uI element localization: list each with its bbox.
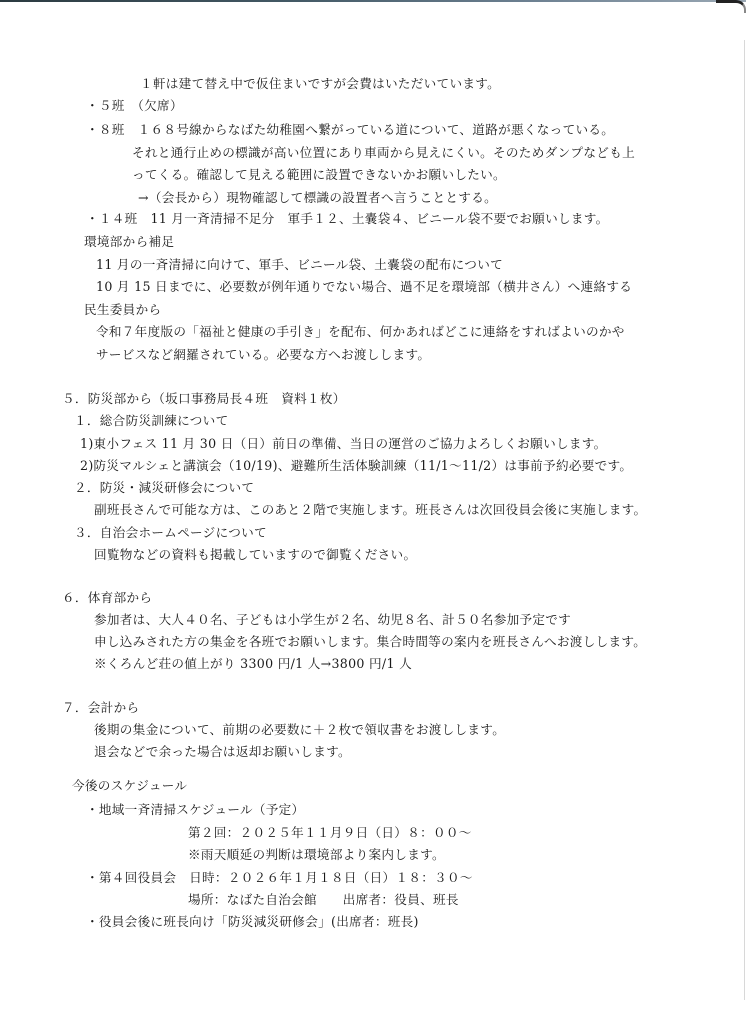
document-line: ・８班 １６８号線からなばた幼稚園へ繋がっている道について、道路が悪くなっている… xyxy=(86,122,614,138)
document-line: 退会などで余った場合は返却お願いします。 xyxy=(94,744,351,760)
document-line: それと通行止めの標識が高い位置にあり車両から見えにくい。そのためダンプなども上 xyxy=(132,145,635,161)
document-line: ７．会計から xyxy=(62,700,139,716)
document-line: サービスなど網羅されている。必要な方へお渡しします。 xyxy=(96,347,430,363)
document-line: ５．防災部から（坂口事務局長４班 資料１枚） xyxy=(62,391,346,407)
document-line: 1)東小フェス 11 月 30 日（日）前日の準備、当日の運営のご協力よろしくお… xyxy=(80,436,607,452)
scan-edge-top xyxy=(0,0,746,2)
document-line: 民生委員から xyxy=(84,302,161,318)
document-line: 11 月の一斉清掃に向けて、軍手、ビニール袋、土嚢袋の配布について xyxy=(96,257,503,273)
document-line: 場所：なばた自治会館 出席者：役員、班長 xyxy=(188,892,459,908)
document-line: 2)防災マルシェと講演会（10/19)、避難所生活体験訓練（11/1〜11/2）… xyxy=(80,458,632,474)
document-line: ２．防災・減災研修会について xyxy=(74,480,254,496)
document-line: 環境部から補足 xyxy=(84,234,174,250)
document-line: 令和７年度版の「福祉と健康の手引き」を配布、何かあればどこに連絡をすればよいのか… xyxy=(96,324,625,340)
document-line: １．総合防災訓練について xyxy=(74,413,228,429)
document-line: ・５班 （欠席） xyxy=(86,98,183,114)
document-line: ３．自治会ホームページについて xyxy=(74,525,267,541)
scan-edge-right xyxy=(744,40,745,1000)
document-line: ・第４回役員会 日時：２０２６年１月１８日（日）１８：３０〜 xyxy=(86,870,473,886)
document-line: ・地域一斉清掃スケジュール（予定） xyxy=(86,802,304,818)
document-line: ※くろんど荘の値上がり 3300 円/1 人→3800 円/1 人 xyxy=(94,656,412,672)
document-line: 回覧物などの資料も掲載していますので御覧ください。 xyxy=(94,547,416,563)
document-line: １軒は建て替え中で仮住まいですが会費はいただいています。 xyxy=(140,76,500,92)
document-line: ってくる。確認して見える範囲に設置できないかお願いしたい。 xyxy=(132,167,506,183)
document-line: ・役員会後に班長向け「防災減災研修会」(出席者：班長) xyxy=(86,914,419,930)
document-line: →（会長から）現物確認して標識の設置者へ言うこととする。 xyxy=(138,190,497,206)
document-line: 申し込みされた方の集金を各班でお願いします。集合時間等の案内を班長さんへお渡しし… xyxy=(94,634,646,650)
document-line: 後期の集金について、前期の必要数に＋２枚で領収書をお渡しします。 xyxy=(94,722,505,738)
document-line: ・１４班 11 月一斉清掃不足分 軍手１２、土嚢袋４、ビニール袋不要でお願いしま… xyxy=(86,211,609,227)
document-line: 第２回：２０２５年１１月９日（日）８：００〜 xyxy=(188,825,472,841)
document-line: ６．体育部から xyxy=(62,590,152,606)
scan-corner-mark xyxy=(716,0,746,13)
document-line: 参加者は、大人４０名、子どもは小学生が２名、幼児８名、計５０名参加予定です xyxy=(94,612,571,628)
document-line: ※雨天順延の判断は環境部より案内します。 xyxy=(188,847,445,863)
document-line: 副班長さんで可能な方は、このあと２階で実施します。班長さんは次回役員会後に実施し… xyxy=(94,502,646,518)
document-line: 今後のスケジュール xyxy=(72,778,187,794)
document-line: 10 月 15 日までに、必要数が例年通りでない場合、過不足を環境部（横井さん）… xyxy=(96,279,632,295)
